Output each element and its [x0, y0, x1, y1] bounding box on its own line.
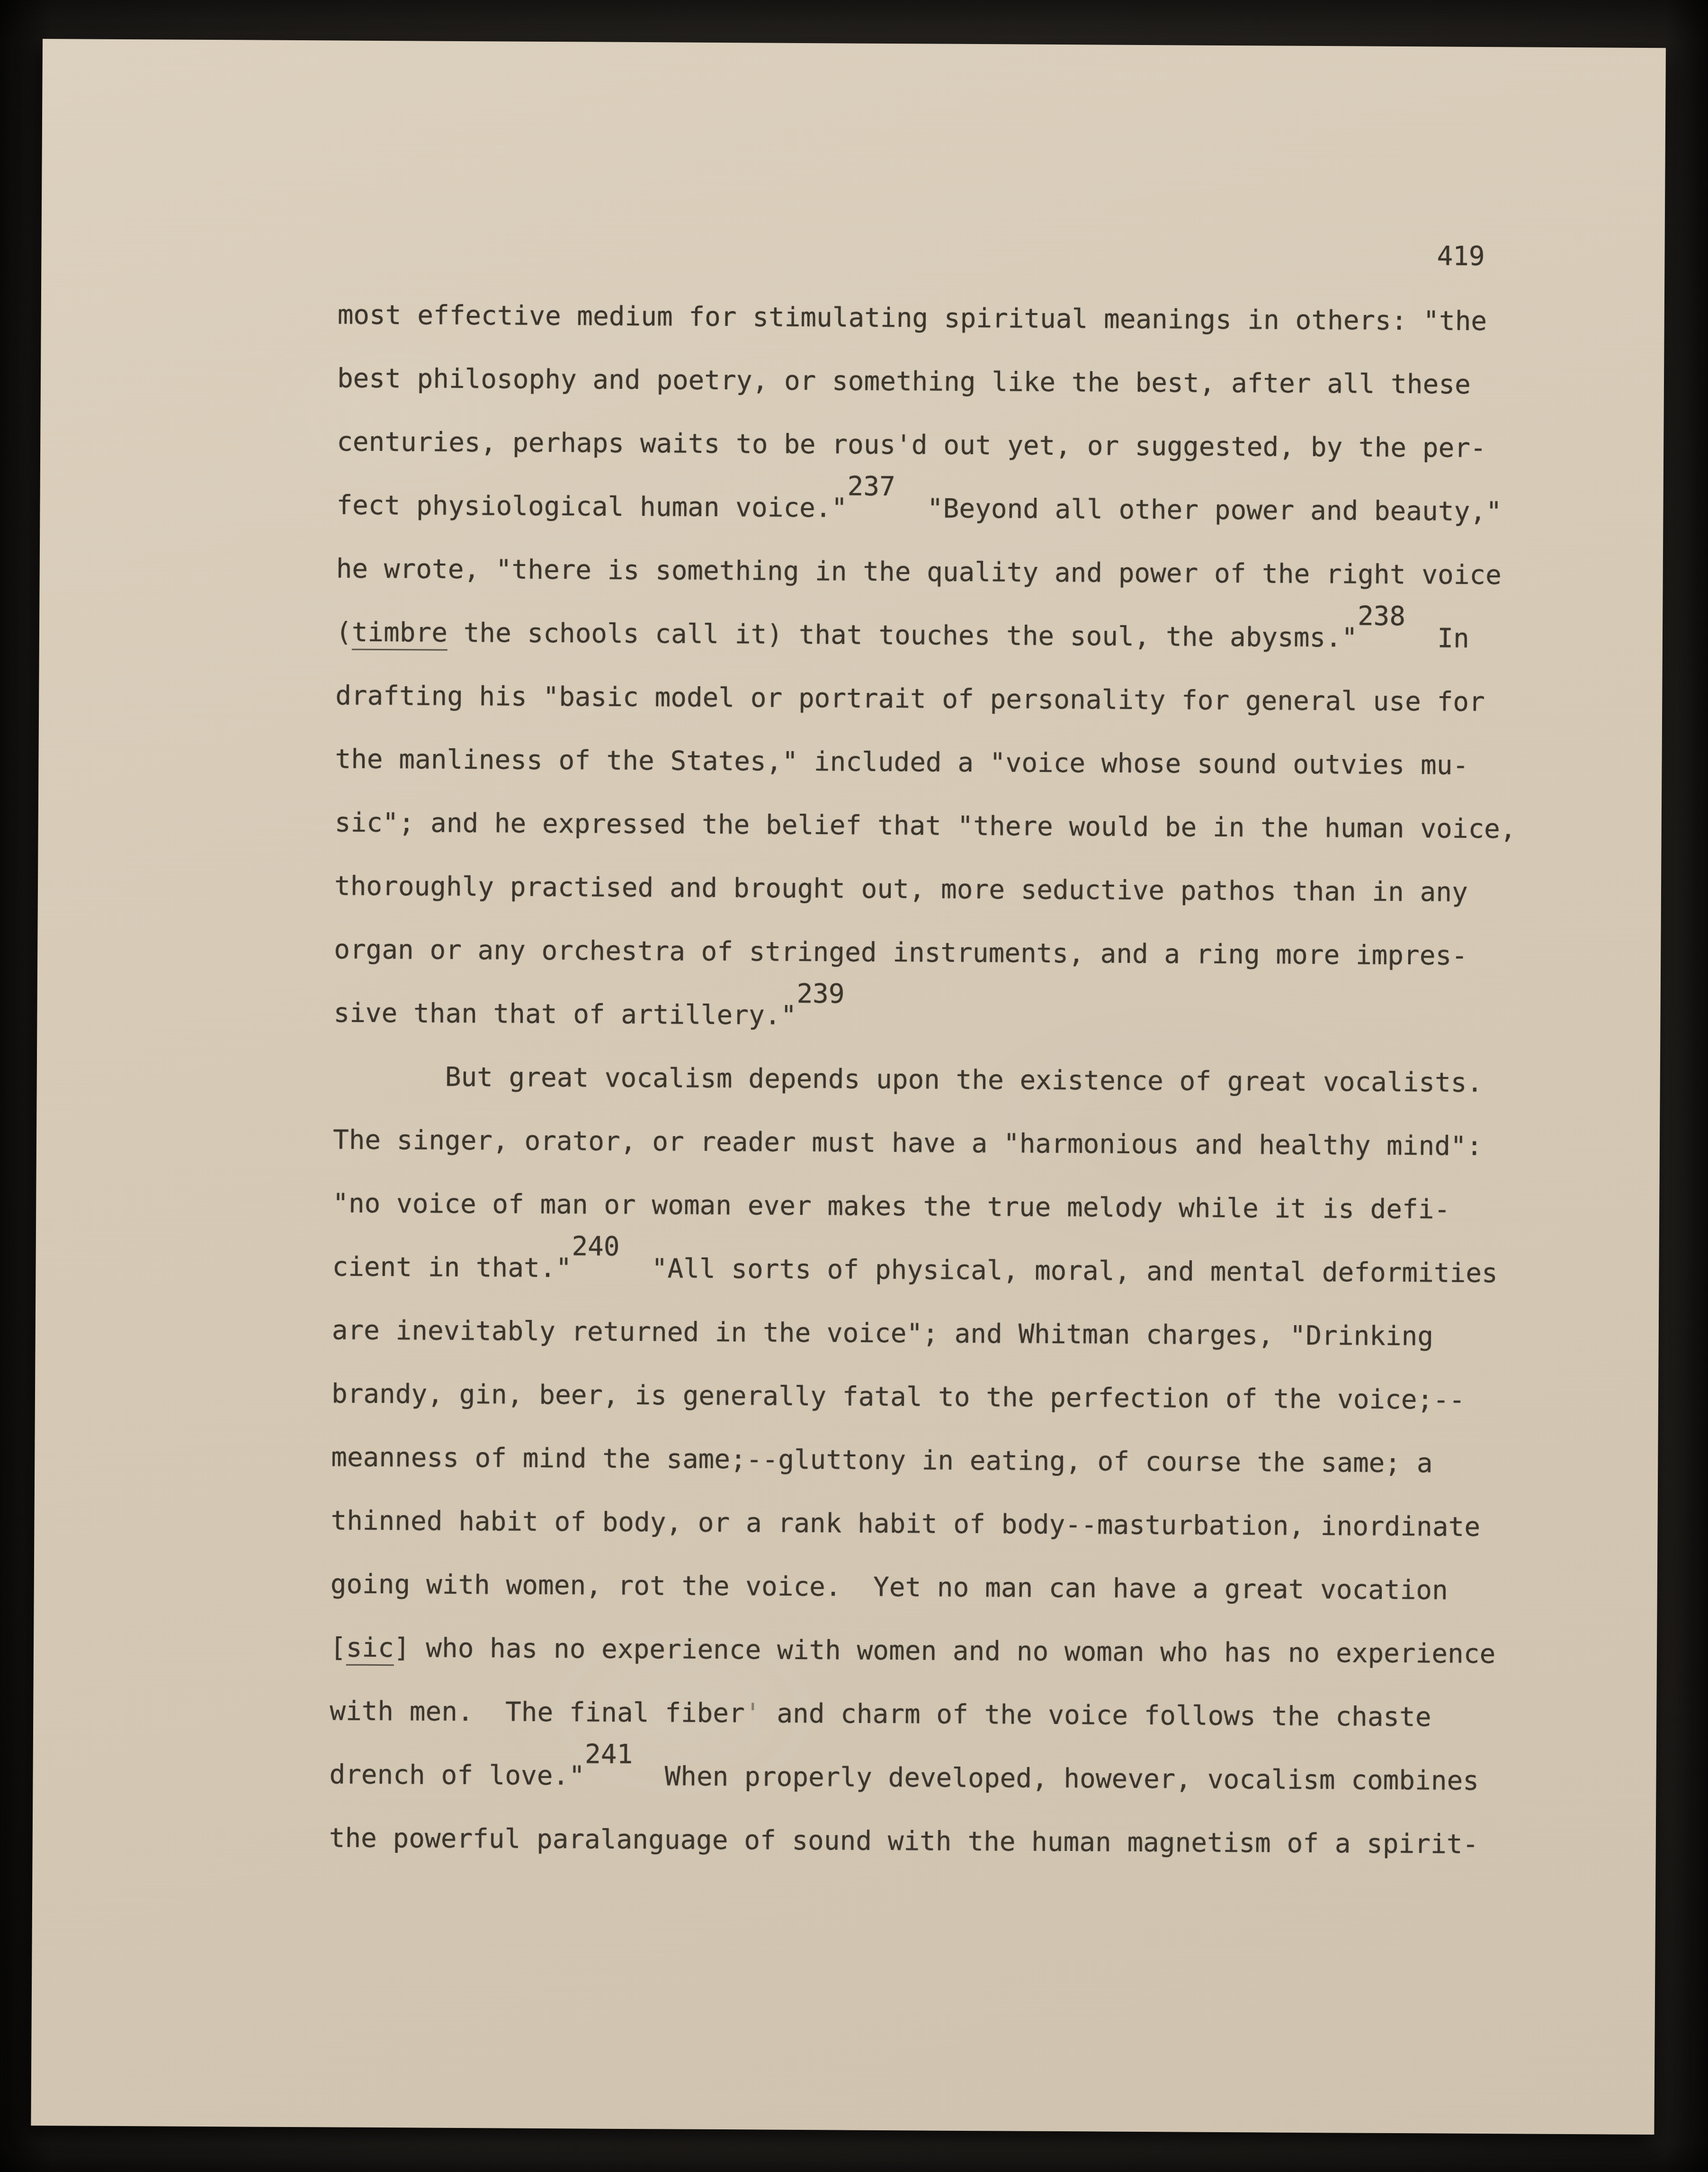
text-segment: most effective medium for stimulating sp…: [338, 299, 1487, 337]
paper-sheet: 419 most effective medium for stimulatin…: [31, 39, 1666, 2135]
text-segment: organ or any orchestra of stringed instr…: [334, 934, 1467, 971]
typed-line: most effective medium for stimulating sp…: [337, 283, 1519, 353]
text-segment: sic"; and he expressed the belief that "…: [335, 807, 1516, 844]
text-segment: best philosophy and poetry, or something…: [337, 363, 1471, 400]
text-segment: he wrote, "there is something in the qua…: [336, 553, 1502, 591]
text-segment: and charm of the voice follows the chast…: [760, 1698, 1431, 1733]
typed-line: organ or any orchestra of stringed instr…: [334, 918, 1516, 988]
typed-line: fect physiological human voice."237 "Bey…: [336, 474, 1518, 544]
typed-line: with men. The final fiber' and charm of …: [330, 1679, 1511, 1750]
typed-lines: most effective medium for stimulating sp…: [329, 283, 1519, 1876]
text-segment: fect physiological human voice.": [336, 490, 847, 523]
footnote-number: 239: [796, 978, 845, 1010]
typed-line: he wrote, "there is something in the qua…: [336, 537, 1518, 607]
typed-line: [sic] who has no experience with women a…: [330, 1616, 1512, 1686]
text-segment: going with women, rot the voice. Yet no …: [331, 1569, 1448, 1606]
text-segment: But great vocalism depends upon the exis…: [333, 1061, 1483, 1098]
text-segment: thoroughly practised and brought out, mo…: [334, 871, 1468, 907]
typed-line: But great vocalism depends upon the exis…: [333, 1045, 1515, 1115]
text-segment: sive than that of artillery.": [333, 997, 796, 1031]
text-segment: ] who has no experience with women and n…: [394, 1633, 1496, 1669]
stray-mark: ': [745, 1698, 761, 1729]
text-segment: cient in that.": [332, 1251, 572, 1283]
scanned-page-photo: 419 most effective medium for stimulatin…: [0, 0, 1708, 2172]
typed-line: thoroughly practised and brought out, mo…: [334, 854, 1516, 924]
typed-line: best philosophy and poetry, or something…: [337, 347, 1519, 417]
typed-line: (timbre the schools call it) that touche…: [336, 601, 1518, 671]
text-segment: the schools call it) that touches the so…: [447, 618, 1358, 654]
typed-line: drench of love."241 When properly develo…: [329, 1743, 1511, 1813]
typed-line: the manliness of the States," included a…: [335, 727, 1517, 798]
typed-line: "no voice of man or woman ever makes the…: [332, 1172, 1514, 1242]
typed-line: The singer, orator, or reader must have …: [333, 1108, 1515, 1178]
typed-line: sic"; and he expressed the belief that "…: [334, 791, 1516, 861]
typed-line: the powerful paralanguage of sound with …: [329, 1806, 1511, 1876]
typed-line: drafting his "basic model or portrait of…: [335, 664, 1517, 734]
underlined-word: timbre: [352, 617, 448, 651]
text-segment: are inevitably returned in the voice"; a…: [332, 1315, 1434, 1352]
text-segment: centuries, perhaps waits to be rous'd ou…: [337, 426, 1486, 464]
text-segment: In: [1405, 623, 1469, 654]
text-segment: thinned habit of body, or a rank habit o…: [331, 1505, 1480, 1543]
text-segment: meanness of mind the same;--gluttony in …: [331, 1442, 1433, 1479]
typed-line: are inevitably returned in the voice"; a…: [331, 1299, 1513, 1369]
page-number: 419: [1437, 224, 1485, 288]
typed-line: going with women, rot the voice. Yet no …: [330, 1553, 1512, 1623]
footnote-number: 238: [1358, 601, 1406, 632]
text-segment: the powerful paralanguage of sound with …: [329, 1822, 1479, 1860]
text-segment: [: [330, 1632, 346, 1663]
text-segment: "All sorts of physical, moral, and menta…: [619, 1253, 1498, 1289]
text-segment: "no voice of man or woman ever makes the…: [332, 1188, 1450, 1225]
text-segment: "Beyond all other power and beauty,": [895, 493, 1502, 527]
text-segment: brandy, gin, beer, is generally fatal to…: [331, 1378, 1465, 1415]
footnote-number: 240: [572, 1231, 620, 1262]
typed-line: meanness of mind the same;--gluttony in …: [331, 1426, 1513, 1496]
footnote-number: 241: [585, 1739, 633, 1770]
typed-line: brandy, gin, beer, is generally fatal to…: [331, 1362, 1513, 1432]
typed-line: cient in that."240 "All sorts of physica…: [332, 1235, 1514, 1305]
text-segment: The singer, orator, or reader must have …: [333, 1124, 1483, 1162]
typed-line: thinned habit of body, or a rank habit o…: [331, 1489, 1512, 1559]
underlined-word: sic: [346, 1633, 394, 1666]
text-segment: (: [336, 617, 352, 647]
typed-line: centuries, perhaps waits to be rous'd ou…: [337, 410, 1519, 480]
typed-line: sive than that of artillery."239: [333, 981, 1515, 1051]
footnote-number: 237: [847, 471, 895, 503]
text-segment: When properly developed, however, vocali…: [633, 1761, 1479, 1796]
text-segment: with men. The final fiber: [330, 1696, 745, 1729]
text-segment: the manliness of the States," included a…: [335, 744, 1468, 781]
text-segment: drench of love.": [329, 1759, 585, 1791]
text-segment: drafting his "basic model or portrait of…: [335, 680, 1485, 718]
